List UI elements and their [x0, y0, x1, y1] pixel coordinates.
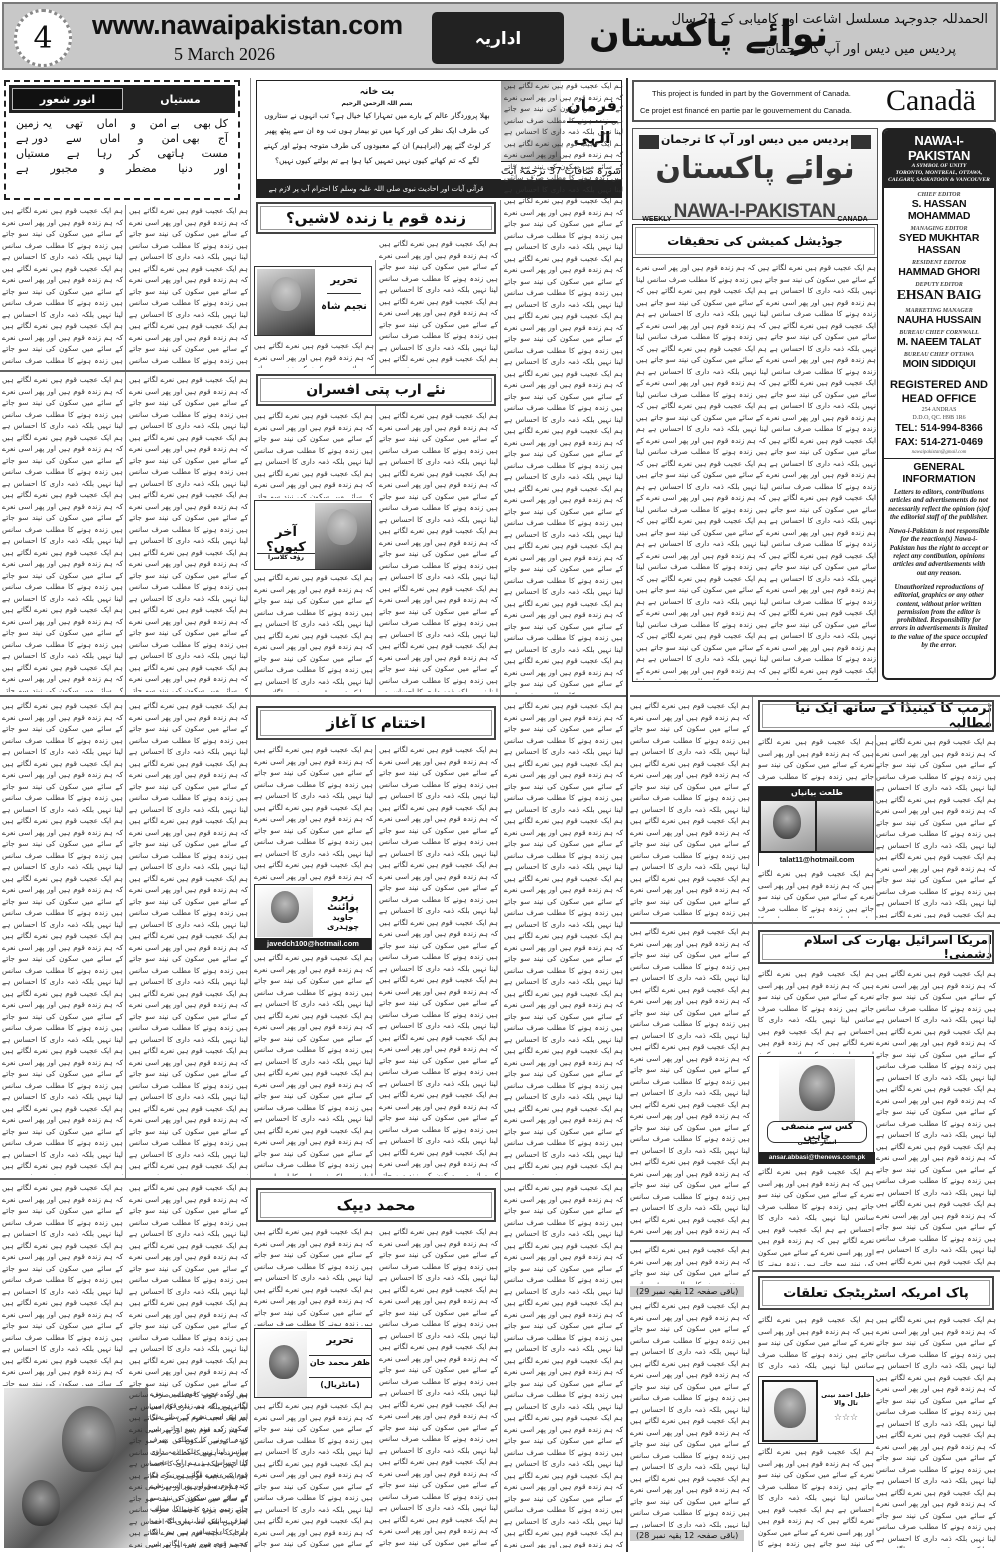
column-rule	[626, 78, 628, 1552]
author-photo	[762, 1380, 818, 1442]
section-rule	[0, 370, 250, 372]
author-name: جاوید چوہدری	[315, 913, 371, 931]
headline-muhammad-deepak[interactable]: محمد دیپک	[256, 1188, 496, 1222]
site-url[interactable]: www.nawaipakistan.com	[92, 10, 403, 41]
author-name: انصار عباسی	[767, 1139, 867, 1146]
headline-ikhtitam[interactable]: اختتام کا آغاز	[256, 706, 496, 740]
article-body-text: ہم ایک عجیب قوم ہیں نعرے لگاتے ہیں کہ ہم…	[2, 700, 123, 1175]
author-photo	[257, 887, 313, 937]
article-body-text: ہم ایک عجیب قوم ہیں نعرے لگاتے ہیں کہ ہم…	[379, 1226, 498, 1548]
section-rule	[630, 922, 752, 924]
section-rule	[752, 1270, 1000, 1272]
tagline-bottom: پردیس میں دیس اور آپ کا ترجمان	[766, 42, 956, 57]
contact-email[interactable]: nawaipakistan@gmail.com	[884, 450, 994, 455]
column-rule	[500, 200, 501, 1552]
poem-author: انور شعور	[12, 88, 123, 110]
author-name: نجیم شاہ	[317, 301, 371, 312]
article-body-text: ہم ایک عجیب قوم ہیں نعرے لگاتے ہیں کہ ہم…	[129, 205, 248, 367]
author-card: طلعت بیانیاں talat11@hotmail.com	[758, 786, 874, 866]
article-body-text: ہم ایک عجیب قوم ہیں نعرے لگاتے ہیں کہ ہم…	[129, 700, 248, 1175]
staff-name: EHSAN BAIG	[884, 288, 994, 304]
article-body-text: ہم ایک عجیب قوم ہیں نعرے لگاتے ہیں کہ ہم…	[630, 1300, 750, 1528]
staff-name: HAMMAD GHORI	[884, 266, 994, 278]
article-body-text: ہم ایک عجیب قوم ہیں نعرے لگاتے ہیں کہ ہم…	[758, 1314, 874, 1374]
farman-footer: قرآنی آیات اور احادیث نبوی صلی اللہ علیہ…	[256, 180, 496, 198]
article-body-text: ہم ایک عجیب قوم ہیں نعرے لگاتے ہیں کہ ہم…	[630, 700, 750, 918]
section-rule	[630, 695, 1000, 697]
fax-number: FAX: 514-271-0469	[884, 436, 994, 450]
article-body-text: ہم ایک عجیب قوم ہیں نعرے لگاتے ہیں کہ ہم…	[758, 736, 874, 784]
bismillah: بسم اللہ الرحمن الرحیم	[261, 99, 493, 108]
author-card: تحریر نجیم شاہ	[254, 266, 372, 336]
author-photo	[779, 1059, 855, 1121]
article-body-text: ہم ایک عجیب قوم ہیں نعرے لگاتے ہیں کہ ہم…	[504, 1182, 623, 1548]
section-rule	[752, 922, 1000, 924]
article-body-text: ہم ایک عجیب قوم ہیں نعرے لگاتے ہیں کہ ہم…	[254, 1226, 373, 1326]
section-rule	[0, 695, 626, 697]
poem-line: آجبھی امنواماںسےدور ہے	[6, 131, 238, 146]
article-body-text: ہم ایک عجیب قوم ہیں نعرے لگاتے ہیں کہ ہم…	[129, 374, 248, 692]
author-card: تحریر ظفر محمد خان (مانٹریال)	[254, 1328, 372, 1398]
headline-pak-america[interactable]: پاک امریکہ اسٹریٹجک تعلقات	[758, 1276, 994, 1310]
article-body-text: ہم ایک عجیب قوم ہیں نعرے لگاتے ہیں کہ ہم…	[504, 80, 623, 694]
weekly-logo: پردیس میں دیس اور آپ کا ترجمان نوائے پاک…	[632, 128, 878, 220]
tagline-top: الحمدللہ جدوجہد مسلسل اشاعت اور کامیابی …	[672, 12, 988, 27]
article-body-text: ہم ایک عجیب قوم ہیں نعرے لگاتے ہیں کہ ہم…	[630, 1244, 750, 1284]
headline-america-israel[interactable]: امریکا اسرائیل بھارت کی اسلام دشمنی!	[758, 930, 994, 964]
article-body-text: ہم ایک عجیب قوم ہیں نعرے لگاتے ہیں کہ ہم…	[758, 1446, 874, 1548]
author-email[interactable]: javedch100@hotmail.com	[255, 938, 371, 950]
column-rule	[375, 260, 376, 695]
section-rule	[630, 1240, 752, 1242]
canada-funding-ad: This project is funded in part by the Go…	[632, 80, 996, 122]
column-rule	[250, 78, 251, 1552]
article-body-text: ہم ایک عجیب قوم ہیں نعرے لگاتے ہیں کہ ہم…	[758, 868, 874, 918]
section-rule	[0, 1178, 626, 1180]
author-card: خلیل احمد نینی تال والا ☆☆☆	[758, 1376, 874, 1444]
article-body-text: ہم ایک عجیب قوم ہیں نعرے لگاتے ہیں کہ ہم…	[254, 1400, 373, 1548]
poem-line: مستہاتھیکررہاہےمستیاں	[6, 146, 238, 161]
author-photo	[315, 503, 371, 569]
column-name: زیرو پوائنٹ	[315, 891, 371, 913]
article-body-text: ہم ایک عجیب قوم ہیں نعرے لگاتے ہیں کہ ہم…	[758, 1166, 874, 1266]
column-rule	[375, 745, 376, 1175]
column-rule	[752, 695, 753, 1552]
article-body-text: ہم ایک عجیب قوم ہیں نعرے لگاتے ہیں کہ ہم…	[379, 238, 498, 368]
headline-arab-pati[interactable]: نئے ارب پتی افسران	[256, 374, 496, 406]
poem-box: انور شعور مستیاں کل بھیبے امنواماںتھییہ …	[4, 80, 240, 200]
author-card: زیرو پوائنٹ جاوید چوہدری javedch100@hotm…	[254, 884, 372, 950]
masthead: 4 www.nawaipakistan.com 5 March 2026 ادا…	[2, 2, 998, 70]
author-card: کس سے منصفی چاہیں انصار عباسی ansar.abba…	[758, 1056, 874, 1164]
phone-number[interactable]: TEL: 514-994-8366	[884, 422, 994, 436]
author-photo	[257, 1331, 307, 1397]
article-body-text: ہم ایک عجیب قوم ہیں نعرے لگاتے ہیں کہ ہم…	[758, 968, 874, 1054]
author-photo	[761, 801, 815, 851]
poem-line: کل بھیبے امنواماںتھییہ زمین	[6, 116, 238, 131]
article-body-text: ہم ایک عجیب قوم ہیں نعرے لگاتے ہیں کہ ہم…	[2, 374, 123, 692]
author-name: رؤف کلاسرا	[257, 553, 315, 561]
staff-name: NAUHA HUSSAIN	[884, 314, 994, 326]
article-body-text: ہم ایک عجیب قوم ہیں نعرے لگاتے ہیں کہ ہم…	[636, 262, 876, 680]
author-card: آخر کیوں؟ رؤف کلاسرا	[254, 500, 372, 570]
article-body-text: ہم ایک عجیب قوم ہیں نعرے لگاتے ہیں کہ ہم…	[254, 572, 373, 692]
column-rule	[125, 700, 126, 1180]
article-body-text: ہم ایک عجیب قوم ہیں نعرے لگاتے ہیں کہ ہم…	[254, 410, 373, 498]
poem-title: مستیاں	[126, 85, 235, 113]
article-body-text: ہم ایک عجیب قوم ہیں نعرے لگاتے ہیں کہ ہم…	[254, 340, 374, 368]
article-body-text: ہم ایک عجیب قوم ہیں نعرے لگاتے ہیں کہ ہم…	[876, 736, 996, 918]
article-body-text: ہم ایک عجیب قوم ہیں نعرے لگاتے ہیں کہ ہم…	[504, 700, 623, 1175]
publication-date: 5 March 2026	[174, 44, 275, 65]
article-body-text: ہم ایک عجیب قوم ہیں نعرے لگاتے ہیں کہ ہم…	[379, 410, 498, 692]
news-photo	[4, 1388, 148, 1548]
staff-name: S. HASSAN MOHAMMAD	[884, 198, 994, 222]
continuation-tag[interactable]: (باقی صفحہ 12 بقیہ نمبر 29)	[630, 1286, 744, 1297]
article-body-text: ہم ایک عجیب قوم ہیں نعرے لگاتے ہیں کہ ہم…	[254, 952, 373, 1176]
article-body-text: ہم ایک عجیب قوم ہیں نعرے لگاتے ہیں کہ ہم…	[254, 744, 373, 882]
headline-trump-canada[interactable]: ٹرمپ کا کینیڈا کے ساتھ ایک نیا مطالبہ	[758, 700, 994, 732]
continuation-tag[interactable]: (باقی صفحہ 12 بقیہ نمبر 28)	[630, 1530, 744, 1541]
article-body-text: ہم ایک عجیب قوم ہیں نعرے لگاتے ہیں کہ ہم…	[2, 205, 123, 367]
staff-name: SYED MUKHTAR HASSAN	[884, 232, 994, 256]
author-email[interactable]: ansar.abbasi@thenews.com.pk	[759, 1152, 875, 1164]
article-body-text: ہم ایک عجیب قوم ہیں نعرے لگاتے ہیں کہ ہم…	[150, 1388, 248, 1548]
farman-text: بھلا پروردگار عالم کے بارے میں تمہارا کی…	[261, 108, 493, 168]
article-body-text: ہم ایک عجیب قوم ہیں نعرے لگاتے ہیں کہ ہم…	[2, 1182, 123, 1386]
staff-box: NAWA-I-PAKISTAN A SYMBOL OF UNITY TORONT…	[882, 128, 996, 680]
canada-wordmark: Canadä	[886, 84, 976, 118]
building-photo	[817, 801, 873, 851]
author-location: (مانٹریال)	[309, 1377, 371, 1389]
author-email[interactable]: talat11@hotmail.com	[759, 853, 875, 866]
column-name: آخر کیوں؟	[257, 525, 315, 555]
staff-name: M. NAEEM TALAT	[884, 336, 994, 348]
author-name: خلیل احمد نینی تال والا	[819, 1391, 873, 1407]
stars-icon: ☆☆☆	[819, 1413, 873, 1423]
poem-line: اوردنیامضطرومجبورہے	[6, 161, 238, 176]
article-body-text: ہم ایک عجیب قوم ہیں نعرے لگاتے ہیں کہ ہم…	[379, 744, 498, 1176]
column-name: طلعت بیانیاں	[759, 788, 875, 797]
staff-name: MOIN SIDDIQUI	[884, 358, 994, 370]
author-name: ظفر محمد خان	[309, 1355, 371, 1367]
article-body-text: ہم ایک عجیب قوم ہیں نعرے لگاتے ہیں کہ ہم…	[876, 1314, 996, 1548]
farman-heading: بت خانہ	[261, 85, 493, 99]
section-label: اداریہ	[432, 12, 564, 64]
page-number: 4	[14, 9, 72, 67]
headline-zinda-qaum[interactable]: زندہ قوم یا زندہ لاشیں؟	[256, 202, 496, 234]
author-photo	[257, 269, 315, 335]
article-body-text: ہم ایک عجیب قوم ہیں نعرے لگاتے ہیں کہ ہم…	[630, 926, 750, 1236]
article-body-text: ہم ایک عجیب قوم ہیں نعرے لگاتے ہیں کہ ہم…	[876, 968, 996, 1266]
column-rule	[125, 205, 126, 695]
